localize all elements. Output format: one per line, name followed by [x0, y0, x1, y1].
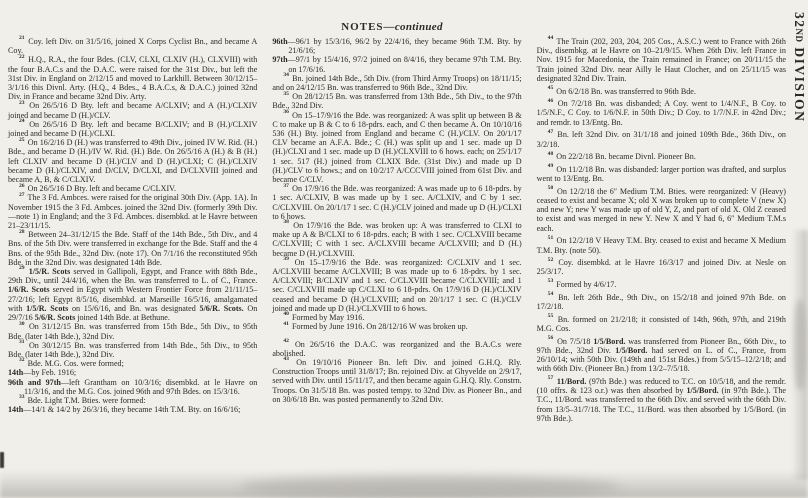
note-paragraph: 23 On 26/5/16 D Bty. left and became A/C…: [8, 101, 257, 119]
note-number: 52: [548, 257, 555, 263]
note-paragraph: 24 On 26/5/16 D Bty. left and became B/C…: [8, 120, 257, 138]
note-paragraph: 26 On 26/5/16 D Bty. left and became C/C…: [8, 184, 257, 193]
note-number: 21: [19, 35, 26, 41]
note-paragraph: 57 11/Bord. (97th Bde.) was reduced to T…: [537, 377, 786, 423]
note-paragraph: 44 The Train (202, 203, 204, 205 Cos., A…: [537, 37, 786, 83]
note-paragraph: 14th—by Feb. 1916;: [8, 368, 257, 377]
note-paragraph: 50 On 12/2/18 the 6″ Medium T.M. Bties. …: [537, 187, 786, 233]
note-paragraph: 33 Bde. Light T.M. Bties. were formed:: [8, 396, 257, 405]
column-middle: 96th—96/1 by 15/3/16, 96/2 by 22/4/16, t…: [272, 37, 521, 423]
note-number: 37: [283, 183, 290, 189]
note-paragraph: 29 1/5/R. Scots served in Gallipoli, Egy…: [8, 267, 257, 322]
page-header: NOTES—continued: [0, 21, 784, 33]
note-paragraph: 31 On 30/12/15 Bn. was transferred from …: [8, 341, 257, 359]
column-right: 44 The Train (202, 203, 204, 205 Cos., A…: [537, 37, 786, 423]
note-paragraph: 34 Bn. joined 14th Bde., 5th Div. (from …: [272, 74, 521, 92]
note-paragraph: 21 Coy. left Div. on 31/5/16, joined X C…: [8, 37, 257, 55]
note-lead: 96th and 97th: [8, 378, 61, 387]
note-number: 45: [548, 85, 555, 91]
note-paragraph: 51 On 12/2/18 V Heavy T.M. Bty. ceased t…: [537, 236, 786, 254]
note-number: 31: [19, 339, 26, 345]
note-number: 56: [548, 335, 555, 341]
note-number: 26: [19, 183, 26, 189]
note-number: 51: [548, 235, 555, 241]
note-number: 40: [283, 311, 290, 317]
note-number: 23: [19, 100, 26, 106]
note-number: 43: [283, 356, 290, 362]
note-lead: 14th: [8, 368, 23, 377]
scan-artifact-ink-mark: [0, 452, 4, 468]
note-number: 46: [548, 98, 555, 104]
note-number: 30: [19, 321, 26, 327]
note-number: 38: [283, 219, 290, 225]
note-number: 41: [283, 321, 290, 327]
note-paragraph: 45 On 6/2/18 Bn. was transferred to 96th…: [537, 87, 786, 96]
note-paragraph: 28 Between 24–31/12/15 the Bde. Staff of…: [8, 230, 257, 267]
note-number: 25: [19, 137, 26, 143]
division-ordinal: ND: [794, 29, 804, 43]
column-left: 21 Coy. left Div. on 31/5/16, joined X C…: [8, 37, 257, 423]
note-paragraph: 25 On 16/2/16 D (H.) was transferred to …: [8, 138, 257, 184]
division-word: DIVISION: [792, 47, 807, 122]
note-paragraph: 43 On 19/10/16 Pioneer Bn. left Div. and…: [272, 358, 521, 404]
note-paragraph: 46 On 7/2/18 Bn. was disbanded; A Coy. w…: [537, 99, 786, 127]
scan-artifact-right-blob: [794, 300, 806, 390]
note-paragraph: 38 On 17/9/16 the Bde. was broken up: A …: [272, 221, 521, 258]
notes-columns: 21 Coy. left Div. on 31/5/16, joined X C…: [8, 37, 786, 423]
note-paragraph: 35 On 28/12/15 Bn. was transferred from …: [272, 92, 521, 110]
note-paragraph: 97th—97/1 by 15/4/16, 97/2 joined on 8/4…: [272, 55, 521, 73]
note-number: 36: [283, 109, 290, 115]
note-number: 42: [283, 338, 290, 344]
note-paragraph: 48 On 22/2/18 Bn. became Divnl. Pioneer …: [537, 152, 786, 161]
scan-artifact-bottom-blob: [240, 476, 620, 498]
note-paragraph: 14th—14/1 & 14/2 by 26/3/16, they became…: [8, 405, 257, 414]
note-paragraph: 30 On 31/12/15 Bn. was transferred from …: [8, 322, 257, 340]
note-paragraph: 39 On 15–17/9/16 the Bde. was reorganize…: [272, 258, 521, 313]
note-number: 39: [283, 256, 290, 262]
note-paragraph: 55 Bn. formed on 21/2/18; it consisted o…: [537, 315, 786, 333]
note-paragraph: 37 On 17/9/16 the Bde. was reorganized: …: [272, 184, 521, 221]
note-number: 47: [548, 129, 555, 135]
note-paragraph: 41 Formed by June 1916. On 28/12/16 W wa…: [272, 322, 521, 331]
note-lead: 96th: [272, 37, 287, 46]
note-number: 55: [548, 313, 555, 319]
note-number: 53: [548, 278, 555, 284]
margin-division-label: 32ND DIVISION: [787, 12, 807, 262]
note-number: 50: [548, 185, 555, 191]
note-number: 35: [283, 91, 290, 97]
note-paragraph: 49 On 11/2/18 Bn. was disbanded: larger …: [537, 165, 786, 183]
scan-artifact-bottom: [0, 470, 808, 498]
note-paragraph: 56 On 7/5/18 1/5/Bord. was transferred f…: [537, 337, 786, 374]
header-title: NOTES: [341, 21, 383, 33]
header-continued: —continued: [384, 21, 443, 33]
note-number: 54: [548, 291, 555, 297]
scan-artifact-right: [792, 230, 808, 480]
note-paragraph: 27 The 3 Fd. Ambces. were raised for the…: [8, 193, 257, 230]
note-number: 44: [548, 35, 555, 41]
note-paragraph: 96th—96/1 by 15/3/16, 96/2 by 22/4/16, t…: [272, 37, 521, 55]
note-paragraph: 52 Coy. disembkd. at le Havre 16/3/17 an…: [537, 258, 786, 276]
note-paragraph: 47 Bn. left 32nd Div. on 31/1/18 and joi…: [537, 130, 786, 148]
note-paragraph: 53 Formed by 4/6/17.: [537, 280, 786, 289]
note-paragraph: 36 On 15–17/9/16 the Bde. was reorganize…: [272, 111, 521, 185]
note-paragraph: 32 Bde. M.G. Cos. were formed;: [8, 359, 257, 368]
note-number: 34: [283, 72, 290, 78]
note-number: 57: [548, 375, 555, 381]
note-number: 24: [19, 118, 26, 124]
note-paragraph: 42 On 26/5/16 the D.A.C. was reorganized…: [272, 340, 521, 358]
division-number: 32: [792, 12, 807, 29]
note-lead: 97th: [272, 55, 287, 64]
note-number: 27: [19, 192, 26, 198]
note-paragraph: 40 Formed by May 1916.: [272, 313, 521, 322]
note-number: 48: [548, 151, 555, 157]
note-paragraph: 96th and 97th—left Grantham on 10/3/16; …: [8, 378, 257, 396]
note-number: 29: [19, 265, 26, 271]
note-paragraph: 54 Bn. left 26th Bde., 9th Div., on 15/2…: [537, 293, 786, 311]
note-number: 32: [19, 357, 26, 363]
note-number: 33: [19, 394, 26, 400]
note-number: 49: [548, 163, 555, 169]
note-lead: 14th: [8, 405, 23, 414]
note-number: 22: [19, 54, 26, 60]
note-number: 28: [19, 229, 26, 235]
note-paragraph: 22 H.Q., R.A., the four Bdes. (CLV, CLXI…: [8, 55, 257, 101]
